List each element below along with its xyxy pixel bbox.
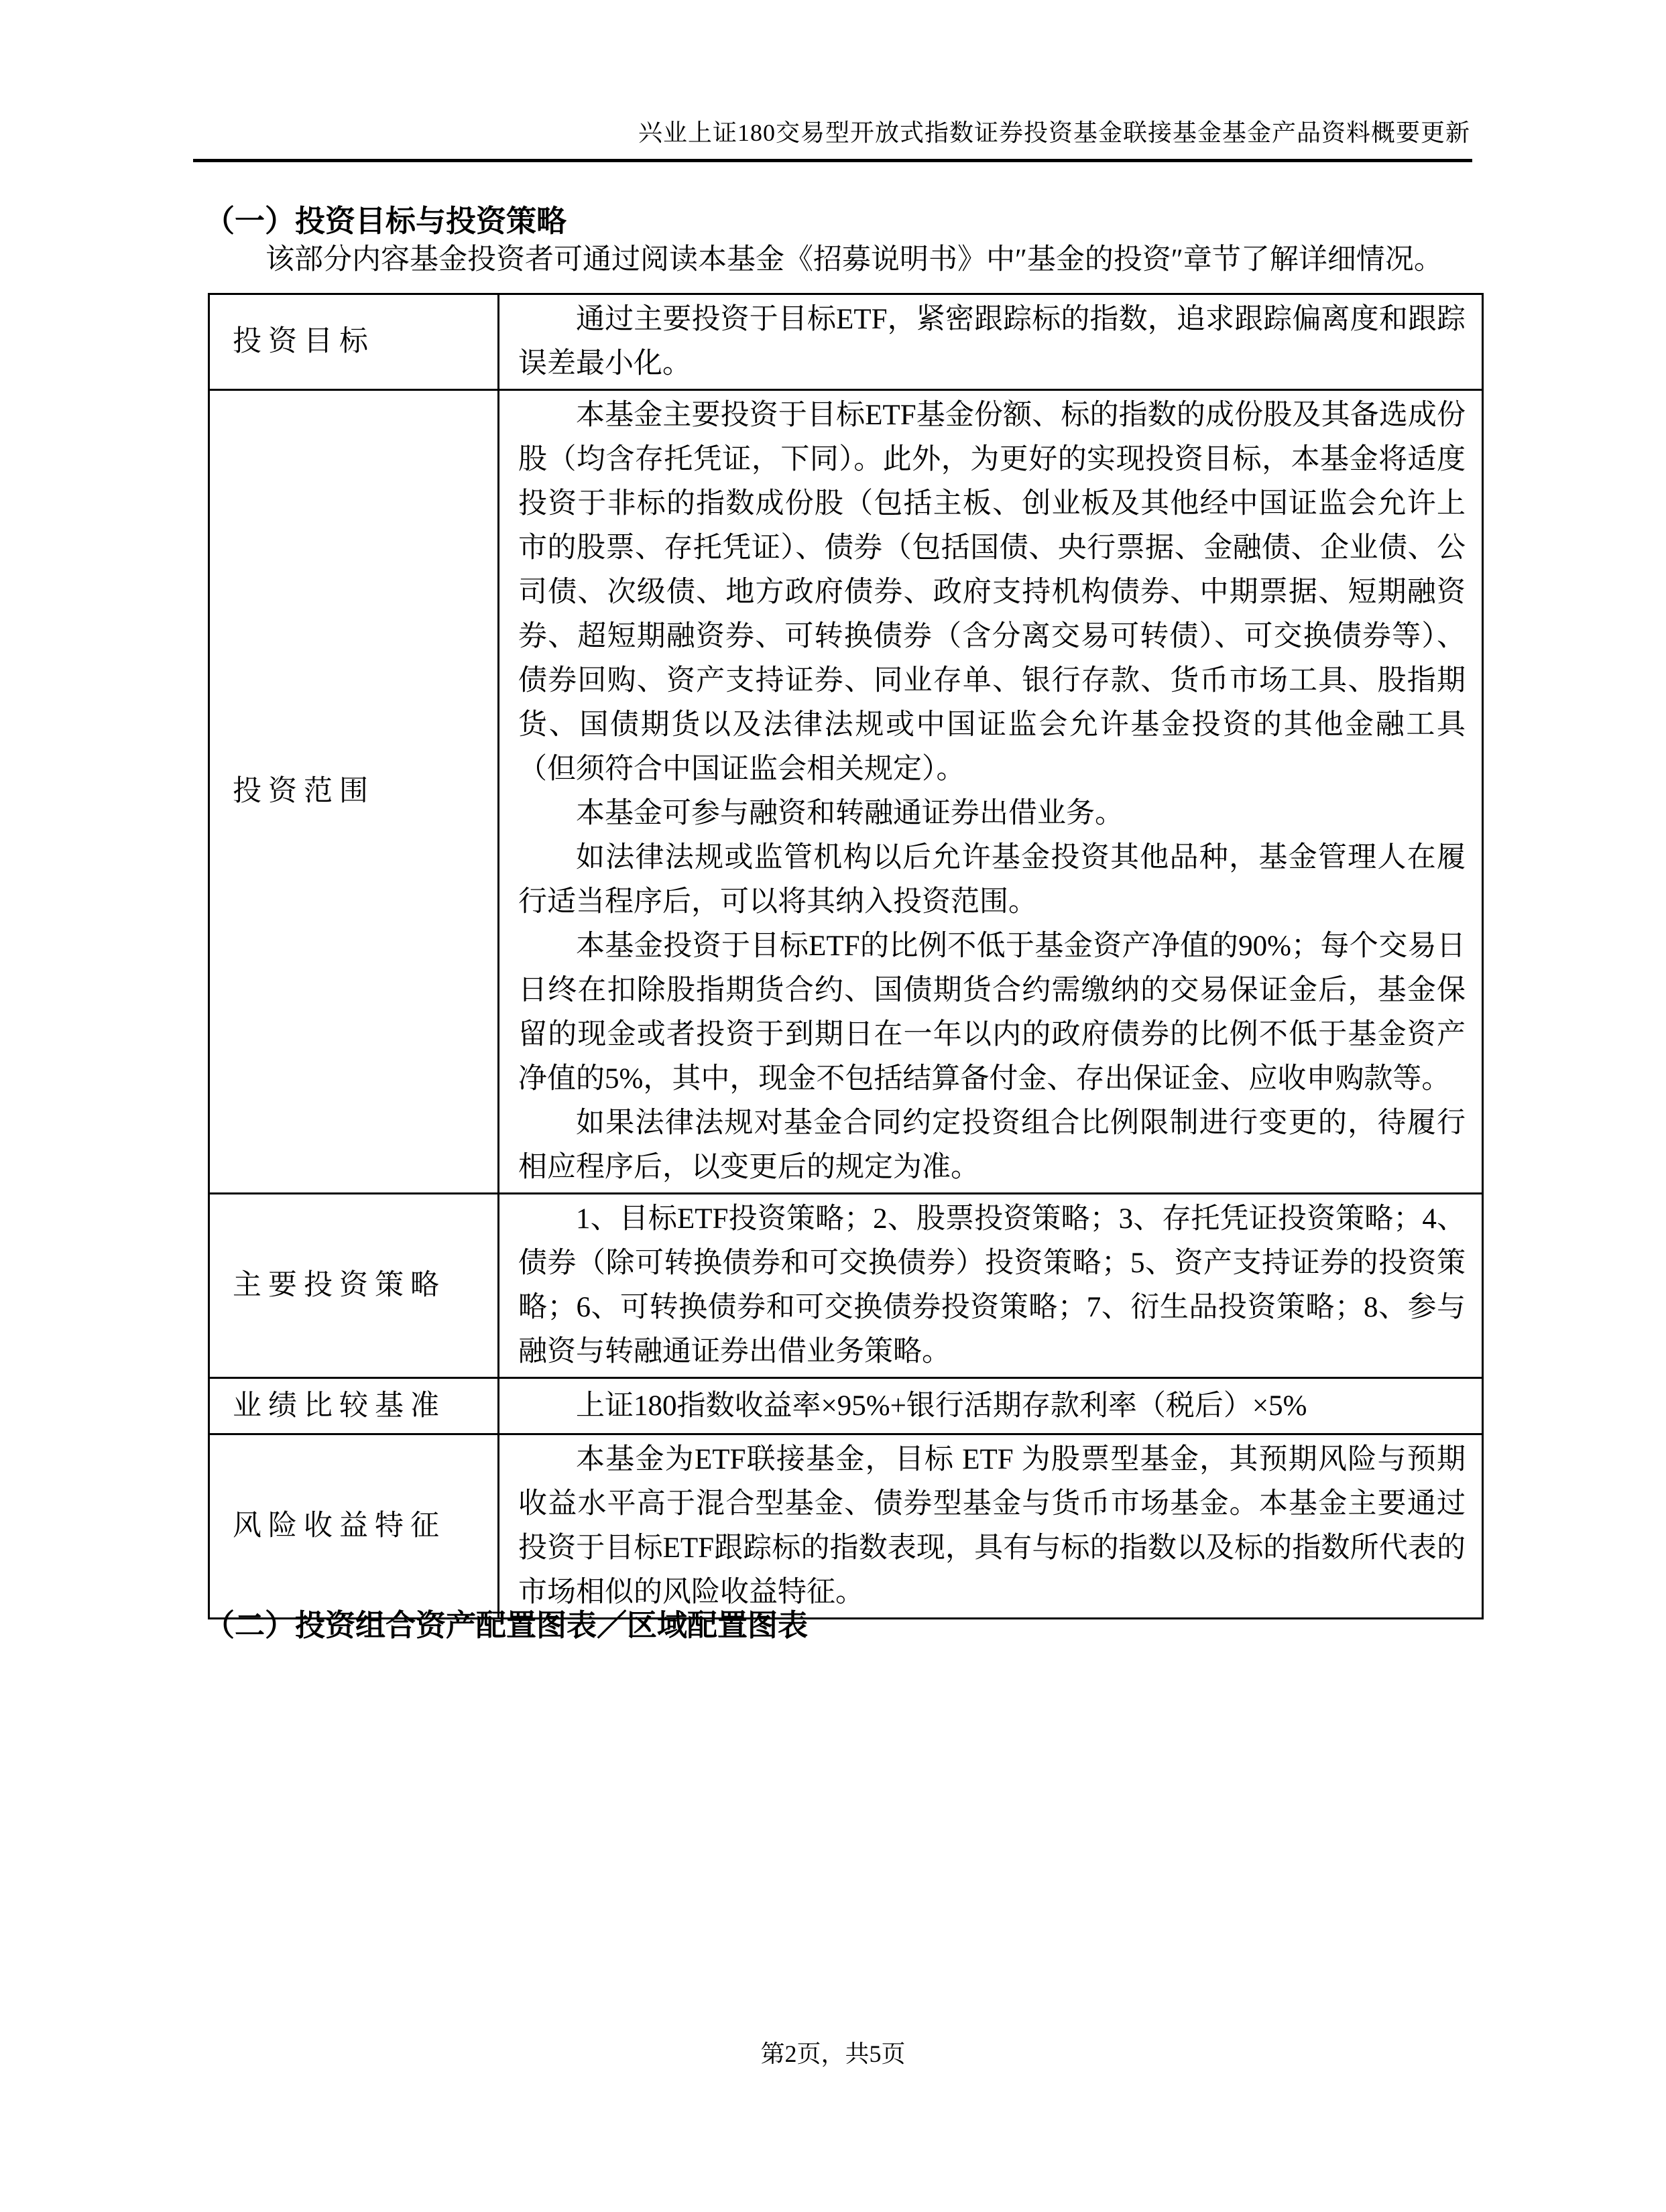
row-value: 本基金为ETF联接基金，目标 ETF 为股票型基金，其预期风险与预期收益水平高于… — [499, 1434, 1483, 1619]
page-header-title: 兴业上证180交易型开放式指数证券投资基金联接基金基金产品资料概要更新 — [638, 114, 1470, 148]
paragraph: 如法律法规或监管机构以后允许基金投资其他品种，基金管理人在履行适当程序后，可以将… — [518, 836, 1466, 924]
table-row-main-strategy: 主要投资策略 1、目标ETF投资策略；2、股票投资策略；3、存托凭证投资策略；4… — [209, 1194, 1483, 1378]
row-label: 风险收益特征 — [209, 1434, 499, 1619]
table-row-benchmark: 业绩比较基准 上证180指数收益率×95%+银行活期存款利率（税后）×5% — [209, 1378, 1483, 1434]
investment-info-table: 投资目标 通过主要投资于目标ETF，紧密跟踪标的指数，追求跟踪偏离度和跟踪误差最… — [208, 293, 1484, 1619]
paragraph: 本基金投资于目标ETF的比例不低于基金资产净值的90%；每个交易日日终在扣除股指… — [518, 924, 1466, 1101]
table-row-risk-return: 风险收益特征 本基金为ETF联接基金，目标 ETF 为股票型基金，其预期风险与预… — [209, 1434, 1483, 1619]
section-1-intro: 该部分内容基金投资者可通过阅读本基金《招募说明书》中″基金的投资″章节了解详细情… — [208, 240, 1482, 280]
paragraph: 上证180指数收益率×95%+银行活期存款利率（税后）×5% — [518, 1384, 1466, 1428]
section-2-heading: （二）投资组合资产配置图表／区域配置图表 — [204, 1601, 808, 1644]
row-value: 本基金主要投资于目标ETF基金份额、标的指数的成份股及其备选成份股（均含存托凭证… — [499, 390, 1483, 1194]
paragraph: 1、目标ETF投资策略；2、股票投资策略；3、存托凭证投资策略；4、债券（除可转… — [518, 1197, 1466, 1374]
header-divider-line — [193, 159, 1472, 162]
document-page: 兴业上证180交易型开放式指数证券投资基金联接基金基金产品资料概要更新 （一）投… — [0, 0, 1666, 2212]
row-label: 主要投资策略 — [209, 1194, 499, 1378]
paragraph: 本基金主要投资于目标ETF基金份额、标的指数的成份股及其备选成份股（均含存托凭证… — [518, 393, 1466, 792]
row-label: 业绩比较基准 — [209, 1378, 499, 1434]
paragraph: 本基金可参与融资和转融通证券出借业务。 — [518, 792, 1466, 836]
paragraph: 通过主要投资于目标ETF，紧密跟踪标的指数，追求跟踪偏离度和跟踪误差最小化。 — [518, 298, 1466, 386]
row-value: 上证180指数收益率×95%+银行活期存款利率（税后）×5% — [499, 1378, 1483, 1434]
section-1-heading: （一）投资目标与投资策略 — [204, 196, 567, 240]
paragraph: 如果法律法规对基金合同约定投资组合比例限制进行变更的，待履行相应程序后，以变更后… — [518, 1101, 1466, 1190]
paragraph: 本基金为ETF联接基金，目标 ETF 为股票型基金，其预期风险与预期收益水平高于… — [518, 1438, 1466, 1615]
table-row-investment-objective: 投资目标 通过主要投资于目标ETF，紧密跟踪标的指数，追求跟踪偏离度和跟踪误差最… — [209, 294, 1483, 390]
row-value: 1、目标ETF投资策略；2、股票投资策略；3、存托凭证投资策略；4、债券（除可转… — [499, 1194, 1483, 1378]
page-number: 第2页，共5页 — [0, 2035, 1666, 2069]
row-value: 通过主要投资于目标ETF，紧密跟踪标的指数，追求跟踪偏离度和跟踪误差最小化。 — [499, 294, 1483, 390]
row-label: 投资范围 — [209, 390, 499, 1194]
row-label: 投资目标 — [209, 294, 499, 390]
table-row-investment-scope: 投资范围 本基金主要投资于目标ETF基金份额、标的指数的成份股及其备选成份股（均… — [209, 390, 1483, 1194]
